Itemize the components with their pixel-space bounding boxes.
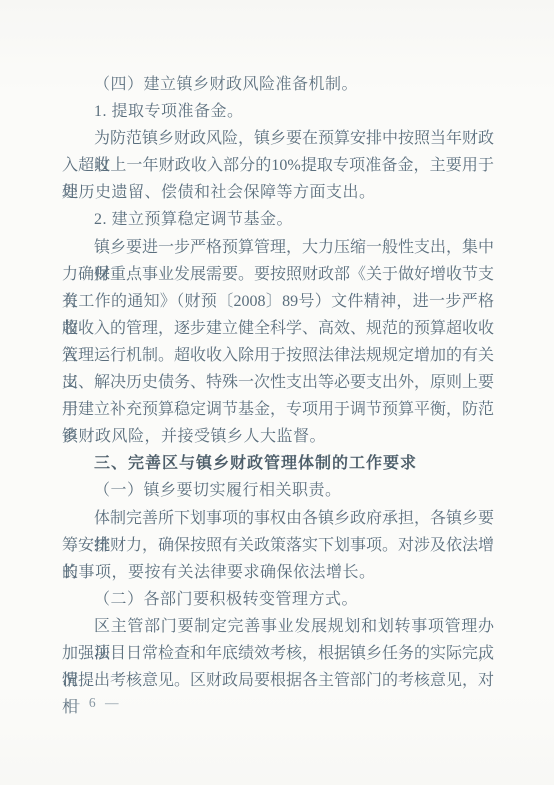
text-line: 加强项目日常检查和年底绩效考核，根据镇乡任务的实际完成情 — [62, 640, 494, 667]
text-line: 为防范镇乡财政风险，镇乡要在预算安排中按照当年财政收 — [62, 125, 494, 152]
text-line: 理历史遗留、偿债和社会保障等方面支出。 — [62, 179, 494, 206]
text-line: 出、解决历史债务、特殊一次性支出等必要支出外，原则上要用 — [62, 369, 494, 396]
text-line: （二）各部门要积极转变管理方式。 — [62, 586, 494, 613]
text-line: 乡财政风险，并接受镇乡人大监督。 — [62, 423, 494, 450]
text-line: 于建立补充预算稳定调节基金，专项用于调节预算平衡，防范镇 — [62, 396, 494, 423]
text-line: 关工作的通知》（财预〔2008〕89号）文件精神，进一步严格超 — [62, 288, 494, 315]
scanned-document-page: （四）建立镇乡财政风险准备机制。1. 提取专项准备金。为防范镇乡财政风险，镇乡要… — [0, 0, 554, 785]
text-line: （一）镇乡要切实履行相关职责。 — [62, 477, 494, 504]
text-line: （四）建立镇乡财政风险准备机制。 — [62, 71, 494, 98]
text-line: 管理运行机制。超收收入除用于按照法律法规规定增加的有关支 — [62, 342, 494, 369]
text-line: 收收入的管理，逐步建立健全科学、高效、规范的预算超收收入 — [62, 315, 494, 342]
text-line: 区主管部门要制定完善事业发展规划和划转事项管理办法， — [62, 613, 494, 640]
text-line: 筹安排财力，确保按照有关政策落实下划事项。对涉及依法增长 — [62, 532, 494, 559]
text-line: 力确保重点事业发展需要。要按照财政部《关于做好增收节支有 — [62, 261, 494, 288]
text-line: 况提出考核意见。区财政局要根据各主管部门的考核意见，对相 — [62, 667, 494, 694]
document-content: （四）建立镇乡财政风险准备机制。1. 提取专项准备金。为防范镇乡财政风险，镇乡要… — [62, 71, 494, 694]
text-line: 2. 建立预算稳定调节基金。 — [62, 206, 494, 233]
text-line: 1. 提取专项准备金。 — [62, 98, 494, 125]
section-heading-line: 三、完善区与镇乡财政管理体制的工作要求 — [62, 450, 494, 477]
text-line: 镇乡要进一步严格预算管理，大力压缩一般性支出，集中财 — [62, 234, 494, 261]
text-line: 入超过上一年财政收入部分的10%提取专项准备金，主要用于处 — [62, 152, 494, 179]
text-line: 的事项，要按有关法律要求确保依法增长。 — [62, 559, 494, 586]
text-line: 体制完善所下划事项的事权由各镇乡政府承担，各镇乡要统 — [62, 505, 494, 532]
page-number: — 6 — — [66, 695, 122, 711]
